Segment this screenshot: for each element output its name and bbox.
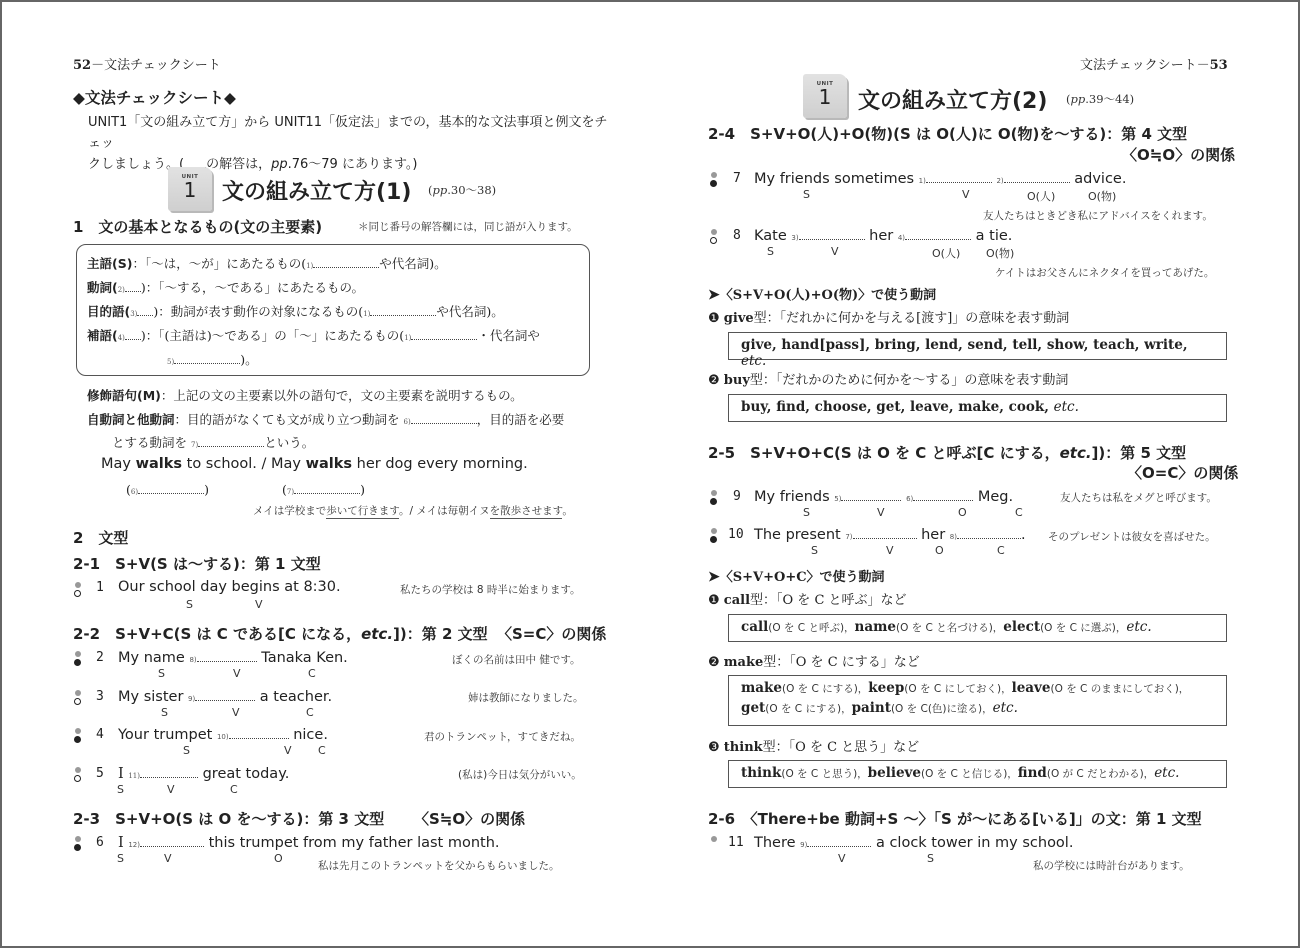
grammar-label: S	[767, 245, 774, 258]
example-sentence: I 11) great today.	[118, 765, 289, 782]
answer-blank[interactable]	[229, 726, 289, 739]
answer-blank[interactable]	[197, 649, 257, 662]
svoo-verbs-heading: ➤〈S+V+O(人)+O(物)〉で使う動詞	[708, 284, 936, 303]
grammar-label: V	[284, 744, 292, 757]
grammar-label: C	[1015, 506, 1023, 519]
section-2-5-title: 2-5 S+V+O+C(S は O を C と呼ぶ[C にする，etc.])：第…	[708, 442, 1186, 463]
example-number: 3	[96, 689, 104, 704]
audio-bullet-icon[interactable]	[710, 229, 718, 245]
answer-blank[interactable]	[125, 279, 141, 292]
section-2-3-relation: 〈S≒O〉の関係	[414, 808, 525, 829]
think-type-heading: ❸ think型：「O を C と思う」など	[708, 736, 919, 755]
audio-bullet-icon[interactable]	[74, 651, 82, 667]
section-2-6-title: 2-6 〈There+be 動詞+S 〜〉「S が〜にある[いる]」の文：第 1…	[708, 808, 1202, 829]
audio-bullet-icon[interactable]	[710, 172, 718, 188]
unit-title: 文の組み立て方(1)	[222, 175, 411, 206]
buy-type-heading: ❷ buy型：「だれかのために何かを〜する」の意味を表す動詞	[708, 369, 1068, 388]
answer-blank[interactable]	[905, 227, 971, 240]
grammar-label: S	[927, 852, 934, 865]
grammar-label: V	[233, 667, 241, 680]
example-translation: 私の学校には時計台があります。	[1033, 858, 1190, 873]
unit-page-ref: (pp.30〜38)	[428, 182, 496, 198]
grammar-label: C	[308, 667, 316, 680]
give-verbs-box: give, hand[pass], bring, lend, send, tel…	[728, 332, 1227, 360]
intransitive-blank: (6))	[126, 481, 209, 497]
grammar-label: O(物)	[986, 245, 1014, 261]
section-2-title: 2 文型	[73, 527, 128, 548]
answer-blank[interactable]	[140, 765, 198, 778]
example-number: 6	[96, 835, 104, 850]
section-1-note: ＊同じ番号の解答欄には，同じ語が入ります。	[358, 219, 578, 234]
grammar-label: V	[886, 544, 894, 557]
buy-verbs-box: buy, find, choose, get, leave, make, coo…	[728, 394, 1227, 422]
definition-subject: 主語(S)：「〜は，〜が」にあたるもの(1)や代名詞)。	[87, 254, 447, 272]
example-sentence: My name 8) Tanaka Ken.	[118, 649, 348, 666]
grammar-label: S	[158, 667, 165, 680]
svoc-verbs-heading: ➤〈S+V+O+C〉で使う動詞	[708, 566, 885, 585]
answer-blank[interactable]	[1004, 170, 1070, 183]
modifier-definition: 修飾語句(M)：上記の文の主要素以外の語句で，文の主要素を説明するもの。	[87, 386, 523, 404]
answer-blank[interactable]	[926, 170, 992, 183]
section-2-4-title: 2-4 S+V+O(人)+O(物)(S は O(人)に O(物)を〜する)：第 …	[708, 123, 1187, 144]
audio-bullet-icon[interactable]	[74, 690, 82, 706]
section-2-5-relation: 〈O=C〉の関係	[1127, 462, 1238, 483]
call-verbs-box: call(O を C と呼ぶ)，name(O を C と名づける)，elect(…	[728, 614, 1227, 642]
answer-blank[interactable]	[138, 481, 204, 494]
example-translation: そのプレゼントは彼女を喜ばせた。	[1048, 529, 1216, 544]
example-translation: 君のトランペット，すてきだね。	[424, 729, 581, 744]
call-type-heading: ❶ call型：「O を C と呼ぶ」など	[708, 589, 907, 608]
grammar-label: V	[232, 706, 240, 719]
example-number: 4	[96, 727, 104, 742]
transitivity-definition-cont: とする動詞を 7)という。	[112, 433, 314, 451]
example-sentence: There 9) a clock tower in my school.	[754, 834, 1073, 851]
answer-blank[interactable]	[137, 303, 153, 316]
grammar-label: V	[167, 783, 175, 796]
unit-badge: UNIT1	[168, 167, 212, 211]
example-number: 8	[733, 228, 741, 243]
audio-bullet-icon[interactable]	[710, 490, 718, 506]
grammar-label: O(人)	[1027, 188, 1055, 204]
grammar-label: O	[935, 544, 944, 557]
grammar-label: V	[838, 852, 846, 865]
section-2-2-title: 2-2 S+V+C(S は C である[C になる，etc.])：第 2 文型	[73, 623, 488, 644]
unit-page-ref: (pp.39〜44)	[1066, 91, 1134, 107]
example-number: 2	[96, 650, 104, 665]
answer-blank[interactable]	[411, 411, 477, 424]
right-running-head: 文法チェックシート－53	[1080, 54, 1228, 73]
example-number: 7	[733, 171, 741, 186]
audio-bullet-icon[interactable]	[74, 836, 82, 852]
example-number: 9	[733, 489, 741, 504]
answer-blank[interactable]	[174, 351, 240, 364]
grammar-label: S	[117, 783, 124, 796]
section-2-2-relation: 〈S=C〉の関係	[497, 623, 606, 644]
definition-complement-cont: 5))。	[167, 350, 258, 368]
make-verbs-box: make(O を C にする)，keep(O を C にしておく)，leave(…	[728, 675, 1227, 726]
answer-blank[interactable]	[799, 227, 865, 240]
grammar-label: O(物)	[1088, 188, 1116, 204]
walks-example-translation: メイは学校まで歩いて行きます。/ メイは毎朝イヌを散歩させます。	[253, 503, 573, 518]
section-2-1-title: 2-1 S+V(S は〜する)：第 1 文型	[73, 553, 321, 574]
example-sentence: I 12) this trumpet from my father last m…	[118, 834, 500, 851]
example-translation: ケイトはお父さんにネクタイを買ってあげた。	[995, 265, 1214, 280]
example-sentence: Your trumpet 10) nice.	[118, 726, 328, 743]
example-translation: 私たちの学校は 8 時半に始まります。	[400, 582, 581, 597]
grammar-label: V	[164, 852, 172, 865]
grammar-label: O	[958, 506, 967, 519]
grammar-label: O(人)	[932, 245, 960, 261]
answer-blank[interactable]	[125, 327, 141, 340]
answer-blank[interactable]	[370, 303, 436, 316]
grammar-label: S	[161, 706, 168, 719]
audio-bullet-icon[interactable]	[74, 767, 82, 783]
example-number: 10	[728, 527, 744, 542]
example-translation: 姉は教師になりました。	[468, 690, 584, 705]
intro-text: UNIT1「文の組み立て方」から UNIT11「仮定法」までの，基本的な文法事項…	[88, 112, 608, 175]
example-translation: 私は先月このトランペットを父からもらいました。	[318, 858, 560, 873]
audio-bullet-icon[interactable]	[74, 582, 82, 598]
answer-blank[interactable]	[198, 434, 264, 447]
grammar-label: O	[274, 852, 283, 865]
grammar-label: C	[318, 744, 326, 757]
grammar-label: V	[962, 188, 970, 201]
give-type-heading: ❶ give型：「だれかに何かを与える[渡す]」の意味を表す動詞	[708, 307, 1069, 326]
example-sentence: My friends sometimes 1) 2) advice.	[754, 170, 1126, 187]
answer-blank[interactable]	[140, 834, 204, 847]
section-2-4-relation: 〈O≒O〉の関係	[1122, 144, 1235, 165]
example-number: 11	[728, 835, 744, 850]
grammar-label: S	[186, 598, 193, 611]
example-number: 5	[96, 766, 104, 781]
audio-bullet-icon[interactable]	[710, 528, 718, 544]
answer-blank[interactable]	[853, 526, 917, 539]
answer-blank[interactable]	[411, 327, 477, 340]
audio-bullet-icon[interactable]	[710, 836, 718, 852]
example-translation: 友人たちはときどき私にアドバイスをくれます。	[983, 208, 1213, 223]
answer-blank[interactable]	[313, 255, 379, 268]
example-translation: 友人たちは私をメグと呼びます。	[1060, 490, 1217, 505]
answer-blank[interactable]	[913, 488, 973, 501]
example-number: 1	[96, 580, 104, 595]
grammar-label: C	[306, 706, 314, 719]
grammar-label: V	[255, 598, 263, 611]
answer-blank[interactable]	[957, 526, 1021, 539]
grammar-label: S	[183, 744, 190, 757]
walks-example-sentence: May walks to school. / May walks her dog…	[101, 456, 528, 472]
answer-blank[interactable]	[841, 488, 901, 501]
transitivity-definition: 自動詞と他動詞：目的語がなくても文が成り立つ動詞を 6)，目的語を必要	[87, 410, 564, 428]
definition-verb: 動詞(2))：「〜する，〜である」にあたるもの。	[87, 278, 364, 296]
example-sentence: My sister 9) a teacher.	[118, 688, 332, 705]
grammar-label: S	[811, 544, 818, 557]
grammar-label: S	[803, 188, 810, 201]
grammar-label: C	[997, 544, 1005, 557]
example-sentence: My friends 5) 6) Meg.	[754, 488, 1013, 505]
grammar-label: S	[803, 506, 810, 519]
transitive-blank: (7))	[282, 481, 365, 497]
grammar-label: V	[877, 506, 885, 519]
answer-blank[interactable]	[294, 481, 360, 494]
make-type-heading: ❷ make型：「O を C にする」など	[708, 651, 920, 670]
audio-bullet-icon[interactable]	[74, 728, 82, 744]
grammar-label: S	[117, 852, 124, 865]
section-1-title: 1 文の基本となるもの(文の主要素)	[73, 216, 322, 237]
grammar-label: V	[831, 245, 839, 258]
check-sheet-heading: ◆文法チェックシート◆	[73, 86, 236, 108]
unit-badge: UNIT1	[803, 74, 847, 118]
definition-object: 目的語(3))：動詞が表す動作の対象になるもの(1)や代名詞)。	[87, 302, 504, 320]
think-verbs-box: think(O を C と思う)，believe(O を C と信じる)，fin…	[728, 760, 1227, 788]
answer-blank[interactable]	[807, 834, 871, 847]
example-translation: ぼくの名前は田中 健です。	[452, 652, 581, 667]
example-sentence: Kate 3) her 4) a tie.	[754, 227, 1012, 244]
grammar-label: C	[230, 783, 238, 796]
unit-title: 文の組み立て方(2)	[858, 84, 1047, 115]
example-sentence: The present 7) her 8).	[754, 526, 1026, 543]
section-2-3-title: 2-3 S+V+O(S は O を〜する)：第 3 文型	[73, 808, 384, 829]
definition-complement: 補語(4))：「(主語は)〜である」の「〜」にあたるもの(1)・代名詞や	[87, 326, 540, 344]
left-running-head: 52－文法チェックシート	[73, 54, 221, 73]
example-translation: (私は)今日は気分がいい。	[458, 767, 582, 782]
example-sentence: Our school day begins at 8:30.	[118, 579, 341, 595]
answer-blank[interactable]	[195, 688, 255, 701]
